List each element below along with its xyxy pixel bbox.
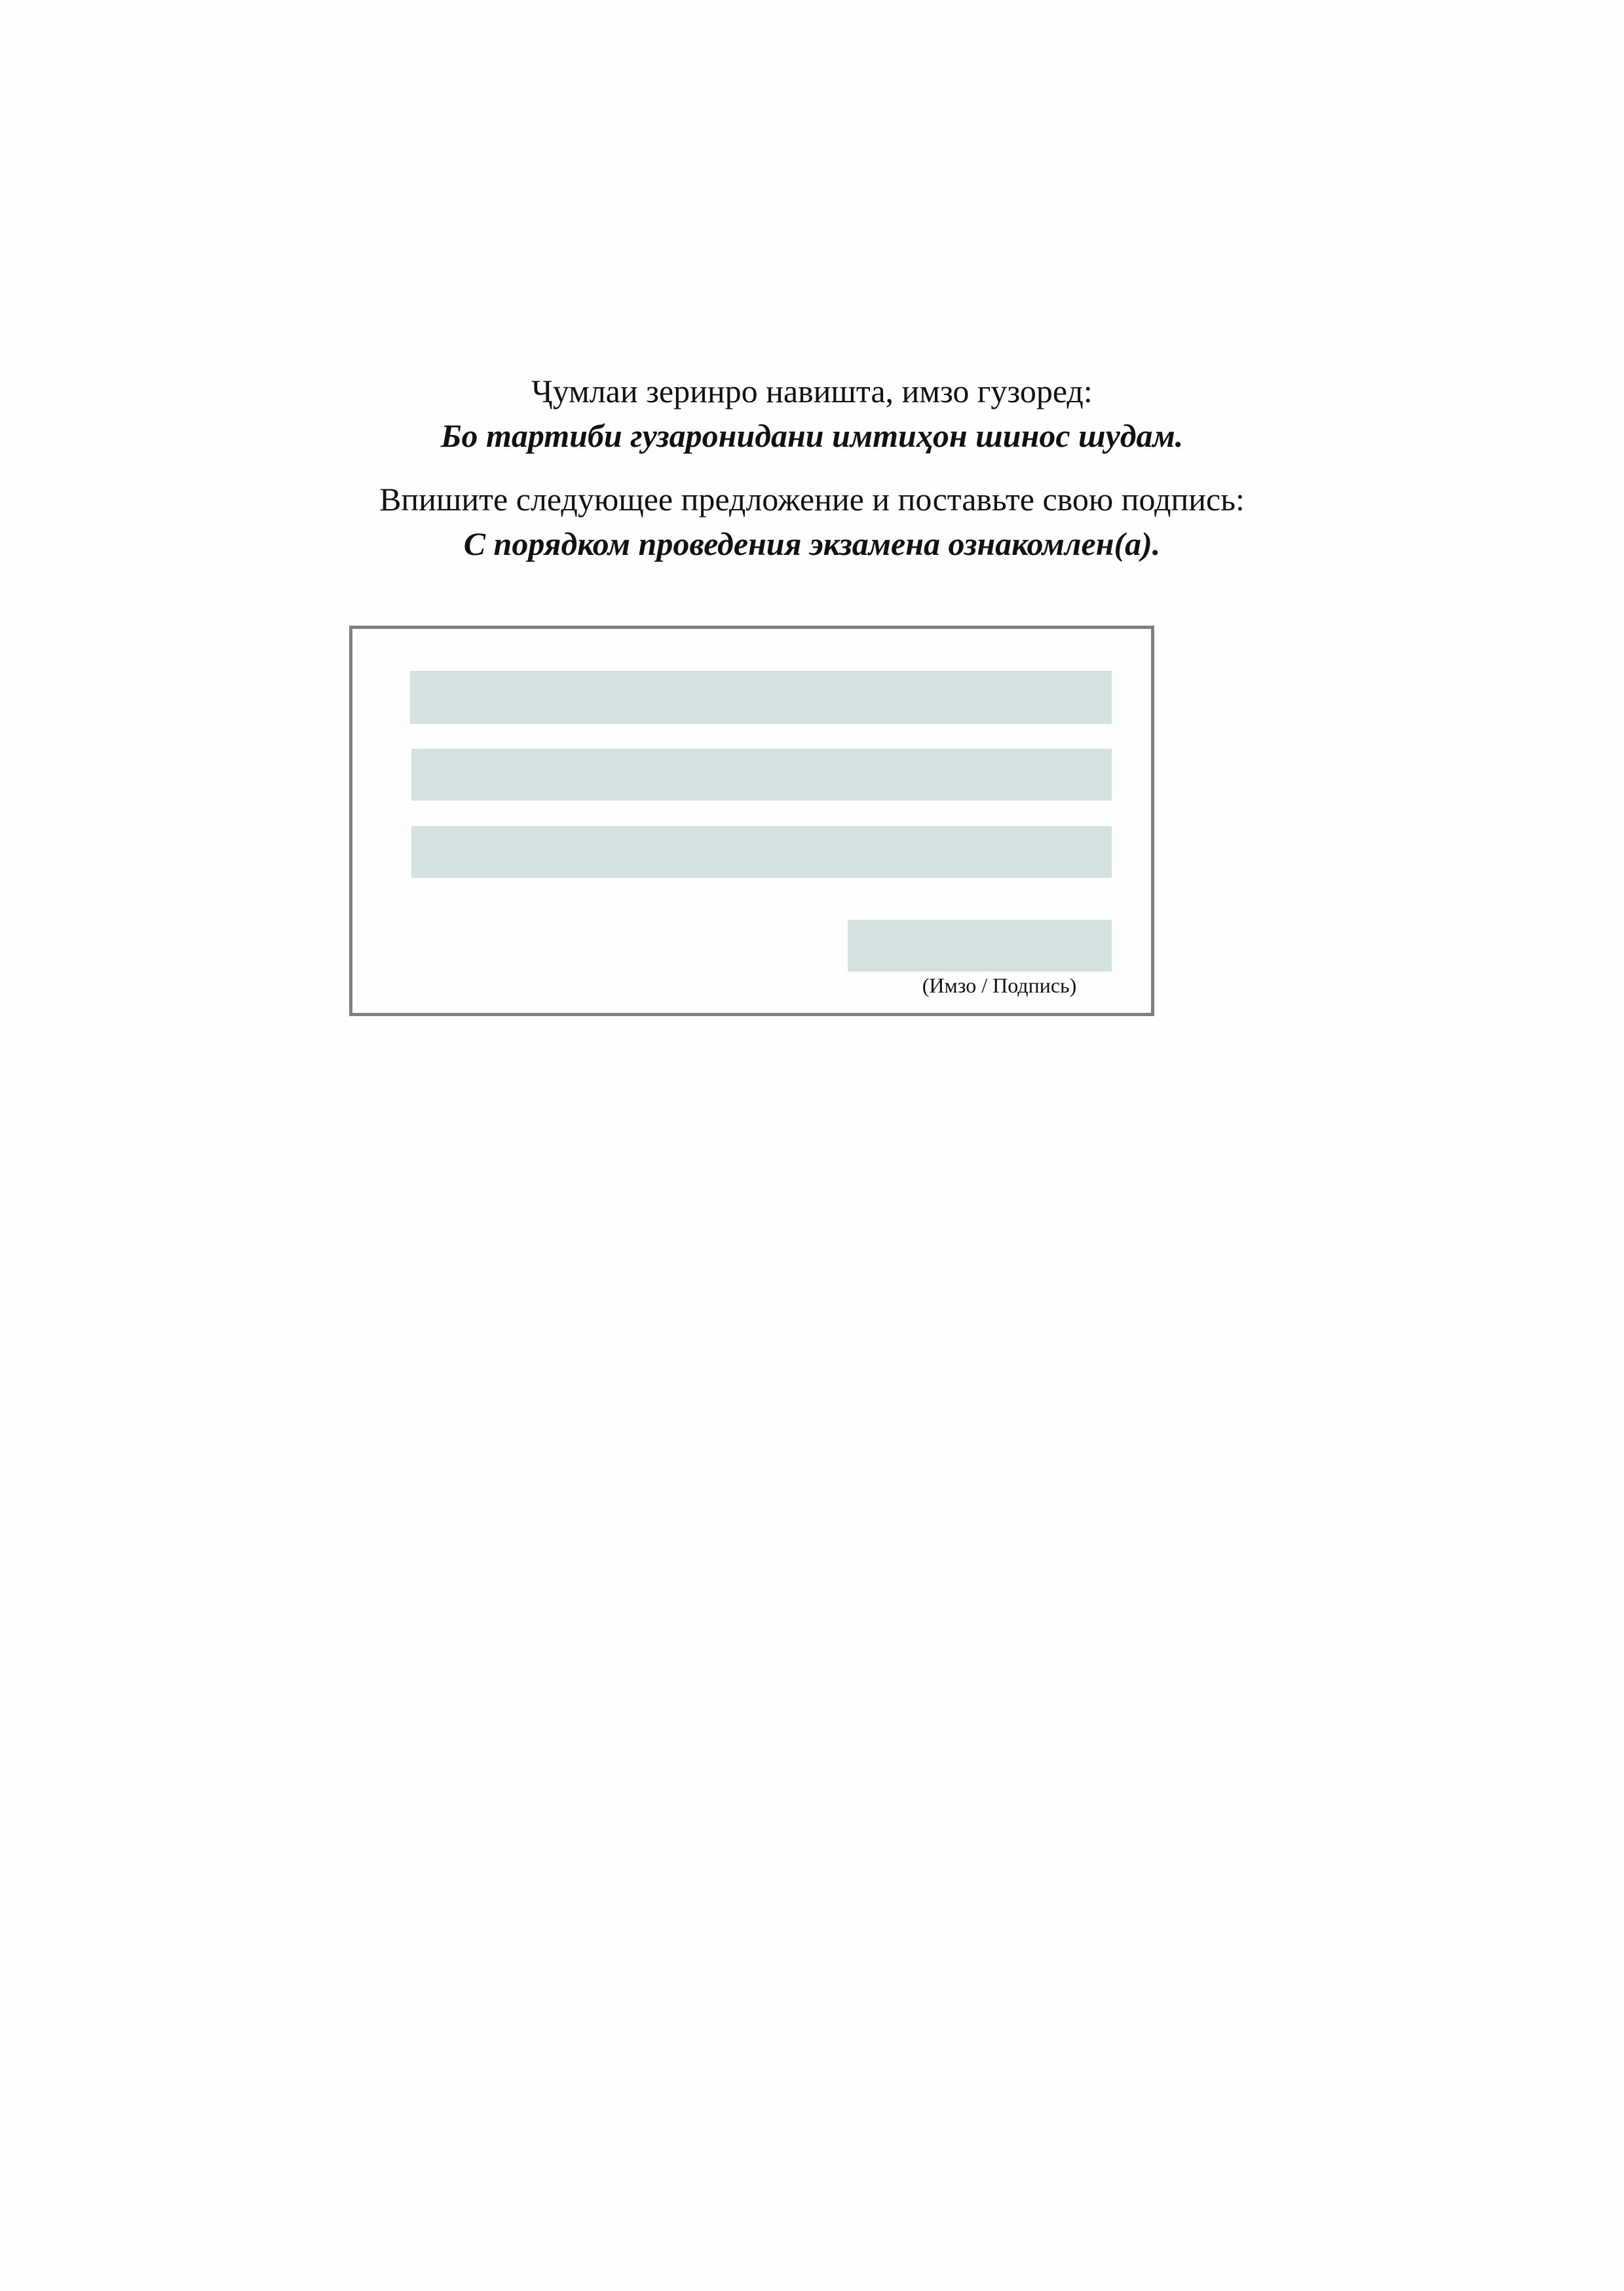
russian-prompt: Впишите следующее предложение и поставьт… [0, 480, 1624, 518]
write-line-2[interactable] [411, 749, 1112, 801]
write-line-3[interactable] [411, 826, 1112, 878]
tajik-prompt: Ҷумлаи зеринро навишта, имзо гузоред: [0, 372, 1624, 410]
signature-label: (Имзо / Подпись) [848, 974, 1112, 998]
signature-field[interactable] [848, 920, 1112, 972]
answer-box: (Имзо / Подпись) [349, 626, 1154, 1016]
russian-sentence: С порядком проведения экзамена ознакомле… [0, 525, 1624, 563]
write-line-1[interactable] [410, 671, 1112, 724]
tajik-sentence: Бо тартиби гузаронидани имтиҳон шинос шу… [0, 417, 1624, 455]
